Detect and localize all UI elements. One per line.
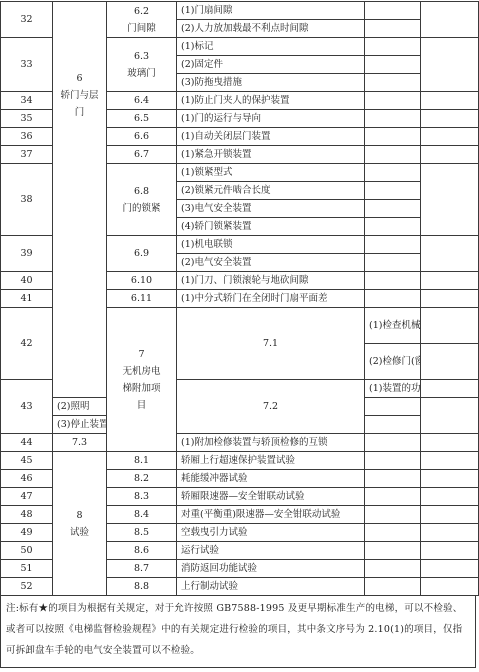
category-cell-8: 8 试验 bbox=[53, 452, 107, 596]
result-cell[interactable] bbox=[365, 92, 421, 110]
clause-number: 8.5 bbox=[107, 524, 177, 542]
inspection-item: (1)标记 bbox=[177, 38, 365, 56]
inspection-item: (2)照明 bbox=[53, 398, 107, 416]
row-number: 49 bbox=[1, 524, 53, 542]
clause-cell: 6.2 门间隙 bbox=[107, 2, 177, 38]
inspection-item: 消防返回功能试验 bbox=[177, 560, 365, 578]
inspection-item: (4)轿门锁紧装置 bbox=[177, 218, 365, 236]
conclusion-cell[interactable] bbox=[421, 164, 479, 236]
conclusion-cell[interactable] bbox=[421, 236, 479, 272]
category-cell-6: 6 轿门与层 门 bbox=[53, 2, 107, 398]
conclusion-cell[interactable] bbox=[421, 578, 479, 596]
clause-number: 6.4 bbox=[107, 92, 177, 110]
result-cell[interactable] bbox=[365, 524, 421, 542]
row-number: 40 bbox=[1, 272, 53, 290]
result-cell[interactable] bbox=[365, 434, 421, 452]
result-cell[interactable] bbox=[421, 344, 479, 380]
clause-number: 6.7 bbox=[107, 146, 177, 164]
row-number: 42 bbox=[1, 308, 53, 380]
clause-number: 7.2 bbox=[177, 380, 365, 434]
category-label-line: 门 bbox=[75, 107, 85, 118]
result-cell[interactable] bbox=[365, 218, 421, 236]
row-number: 44 bbox=[1, 434, 53, 452]
result-cell[interactable] bbox=[365, 38, 421, 56]
result-cell[interactable] bbox=[365, 236, 421, 254]
inspection-item: (1)机电联锁 bbox=[177, 236, 365, 254]
category-label-line: 梯附加项 bbox=[122, 383, 160, 394]
inspection-item: (1)门刀、门锁滚轮与地砍间隙 bbox=[177, 272, 365, 290]
category-label-line: 6 bbox=[76, 73, 82, 84]
inspection-item: (2)人力放加载最不利点时间隙 bbox=[177, 20, 365, 38]
category-label-line: 无机房电 bbox=[122, 366, 160, 377]
result-cell[interactable] bbox=[365, 254, 421, 272]
result-cell[interactable] bbox=[365, 164, 421, 182]
row-number: 37 bbox=[1, 146, 53, 164]
clause-number: 6.3 bbox=[134, 51, 149, 62]
result-cell[interactable] bbox=[365, 146, 421, 164]
clause-number: 8.1 bbox=[107, 452, 177, 470]
row-number: 48 bbox=[1, 506, 53, 524]
category-label-line: 目 bbox=[137, 400, 147, 411]
inspection-item: (2)锁紧元件啮合长度 bbox=[177, 182, 365, 200]
clause-title: 玻璃门 bbox=[127, 68, 156, 79]
category-label-line: 7 bbox=[138, 349, 144, 360]
row-number: 36 bbox=[1, 128, 53, 146]
result-cell[interactable] bbox=[365, 74, 421, 92]
conclusion-cell[interactable] bbox=[421, 524, 479, 542]
row-number: 33 bbox=[1, 38, 53, 92]
inspection-item: (2)固定件 bbox=[177, 56, 365, 74]
footnote: 注:标有★的项目为根据有关规定，对于允许按照 GB7588-1995 及更早期标… bbox=[0, 596, 476, 668]
clause-number: 6.9 bbox=[107, 236, 177, 272]
inspection-item: 上行制动试验 bbox=[177, 578, 365, 596]
row-number: 34 bbox=[1, 92, 53, 110]
row-number: 51 bbox=[1, 560, 53, 578]
result-cell[interactable] bbox=[365, 416, 421, 434]
conclusion-cell[interactable] bbox=[421, 146, 479, 164]
result-cell[interactable] bbox=[365, 128, 421, 146]
result-cell[interactable] bbox=[365, 398, 421, 416]
conclusion-cell[interactable] bbox=[421, 452, 479, 470]
result-cell[interactable] bbox=[365, 200, 421, 218]
conclusion-cell[interactable] bbox=[421, 290, 479, 308]
clause-number: 7.1 bbox=[177, 308, 365, 380]
inspection-table-page: 32 6 轿门与层 门 6.2 门间隙 (1)门扇间隙 (2)人力放加载最不 bbox=[0, 0, 479, 672]
result-cell[interactable] bbox=[365, 488, 421, 506]
inspection-item: 耗能缓冲器试验 bbox=[177, 470, 365, 488]
clause-number: 6.10 bbox=[107, 272, 177, 290]
clause-number: 6.2 bbox=[134, 6, 149, 17]
table-row: 44 7.3 (1)附加检修装置与轿顶检修的互锁 bbox=[1, 434, 479, 452]
inspection-item: (3)电气安全装置 bbox=[177, 200, 365, 218]
result-cell[interactable] bbox=[365, 2, 421, 20]
conclusion-cell[interactable] bbox=[421, 488, 479, 506]
result-cell[interactable] bbox=[365, 578, 421, 596]
clause-number: 8.8 bbox=[107, 578, 177, 596]
inspection-item: (1)紧急开锁装置 bbox=[177, 146, 365, 164]
result-cell[interactable] bbox=[365, 560, 421, 578]
clause-cell: 6.8 门的锁紧 bbox=[107, 164, 177, 236]
result-cell[interactable] bbox=[365, 20, 421, 38]
inspection-item: (1)防止门夹人的保护装置 bbox=[177, 92, 365, 110]
clause-number: 6.5 bbox=[107, 110, 177, 128]
conclusion-cell[interactable] bbox=[421, 560, 479, 578]
conclusion-cell[interactable] bbox=[421, 110, 479, 128]
clause-title: 门的锁紧 bbox=[122, 203, 160, 214]
inspection-item: (1)装置的功能 bbox=[365, 380, 421, 398]
conclusion-cell[interactable] bbox=[421, 128, 479, 146]
clause-number: 6.6 bbox=[107, 128, 177, 146]
footnote-text: 注:标有★的项目为根据有关规定，对于允许按照 GB7588-1995 及更早期标… bbox=[6, 603, 462, 656]
row-number: 52 bbox=[1, 578, 53, 596]
inspection-item: 对重(平衡重)限速器—安全钳联动试验 bbox=[177, 506, 365, 524]
conclusion-cell[interactable] bbox=[421, 542, 479, 560]
conclusion-cell[interactable] bbox=[421, 272, 479, 290]
category-label-line: 8 bbox=[76, 510, 82, 521]
row-number: 41 bbox=[1, 290, 53, 308]
clause-title: 门间隙 bbox=[127, 23, 156, 34]
category-label-line: 轿门与层 bbox=[60, 90, 98, 101]
clause-number: 8.6 bbox=[107, 542, 177, 560]
result-cell[interactable] bbox=[365, 56, 421, 74]
inspection-item: (2)检修门(窗)开启时从轿内移动轿厢要求 bbox=[365, 344, 421, 380]
conclusion-cell[interactable] bbox=[421, 470, 479, 488]
row-number: 38 bbox=[1, 164, 53, 236]
conclusion-cell[interactable] bbox=[421, 92, 479, 110]
category-label-line: 试验 bbox=[70, 527, 89, 538]
row-number: 45 bbox=[1, 452, 53, 470]
inspection-item: (3)防拖曳措施 bbox=[177, 74, 365, 92]
result-cell[interactable] bbox=[365, 290, 421, 308]
result-cell[interactable] bbox=[365, 272, 421, 290]
table-row: 32 6 轿门与层 门 6.2 门间隙 (1)门扇间隙 bbox=[1, 2, 479, 20]
clause-number: 8.3 bbox=[107, 488, 177, 506]
row-number: 39 bbox=[1, 236, 53, 272]
row-number: 43 bbox=[1, 380, 53, 434]
clause-number: 8.4 bbox=[107, 506, 177, 524]
result-cell[interactable] bbox=[365, 470, 421, 488]
inspection-item: 空载曳引力试验 bbox=[177, 524, 365, 542]
clause-number: 8.2 bbox=[107, 470, 177, 488]
clause-cell: 6.3 玻璃门 bbox=[107, 38, 177, 92]
inspection-item: (1)锁紧型式 bbox=[177, 164, 365, 182]
inspection-item: 轿厢限速器—安全钳联动试验 bbox=[177, 488, 365, 506]
conclusion-cell[interactable] bbox=[421, 506, 479, 524]
row-number: 46 bbox=[1, 470, 53, 488]
inspection-item: 运行试验 bbox=[177, 542, 365, 560]
inspection-item: (1)中分式轿门在全闭时门扇平面差 bbox=[177, 290, 365, 308]
inspection-item: 轿厢上行超速保护装置试验 bbox=[177, 452, 365, 470]
inspection-table: 32 6 轿门与层 门 6.2 门间隙 (1)门扇间隙 (2)人力放加载最不 bbox=[0, 1, 479, 596]
clause-number: 6.8 bbox=[134, 186, 149, 197]
table-row: 45 8 试验 8.1 轿厢上行超速保护装置试验 bbox=[1, 452, 479, 470]
row-number: 35 bbox=[1, 110, 53, 128]
category-cell-7: 7 无机房电 梯附加项 目 bbox=[107, 308, 177, 452]
row-number: 50 bbox=[1, 542, 53, 560]
result-cell[interactable] bbox=[365, 452, 421, 470]
result-cell[interactable] bbox=[365, 110, 421, 128]
row-number: 47 bbox=[1, 488, 53, 506]
inspection-item: (1)附加检修装置与轿顶检修的互锁 bbox=[177, 434, 365, 452]
result-cell[interactable] bbox=[365, 182, 421, 200]
result-cell[interactable] bbox=[365, 506, 421, 524]
result-cell[interactable] bbox=[365, 542, 421, 560]
conclusion-cell[interactable] bbox=[421, 434, 479, 452]
inspection-item: (1)门扇间隙 bbox=[177, 2, 365, 20]
clause-number: 7.3 bbox=[53, 434, 107, 452]
conclusion-cell[interactable] bbox=[421, 2, 479, 38]
inspection-item: (1)自动关闭层门装置 bbox=[177, 128, 365, 146]
inspection-item: (3)停止装置 bbox=[53, 416, 107, 434]
inspection-item: (1)门的运行与导向 bbox=[177, 110, 365, 128]
inspection-item: (2)电气安全装置 bbox=[177, 254, 365, 272]
conclusion-cell[interactable] bbox=[421, 38, 479, 92]
row-number: 32 bbox=[1, 2, 53, 38]
inspection-item: (1)检查机械锁定装置工作位置的电气安全装置 bbox=[365, 308, 421, 344]
result-cell[interactable] bbox=[421, 308, 479, 344]
clause-number: 8.7 bbox=[107, 560, 177, 578]
clause-number: 6.11 bbox=[107, 290, 177, 308]
result-cell[interactable] bbox=[421, 380, 479, 398]
